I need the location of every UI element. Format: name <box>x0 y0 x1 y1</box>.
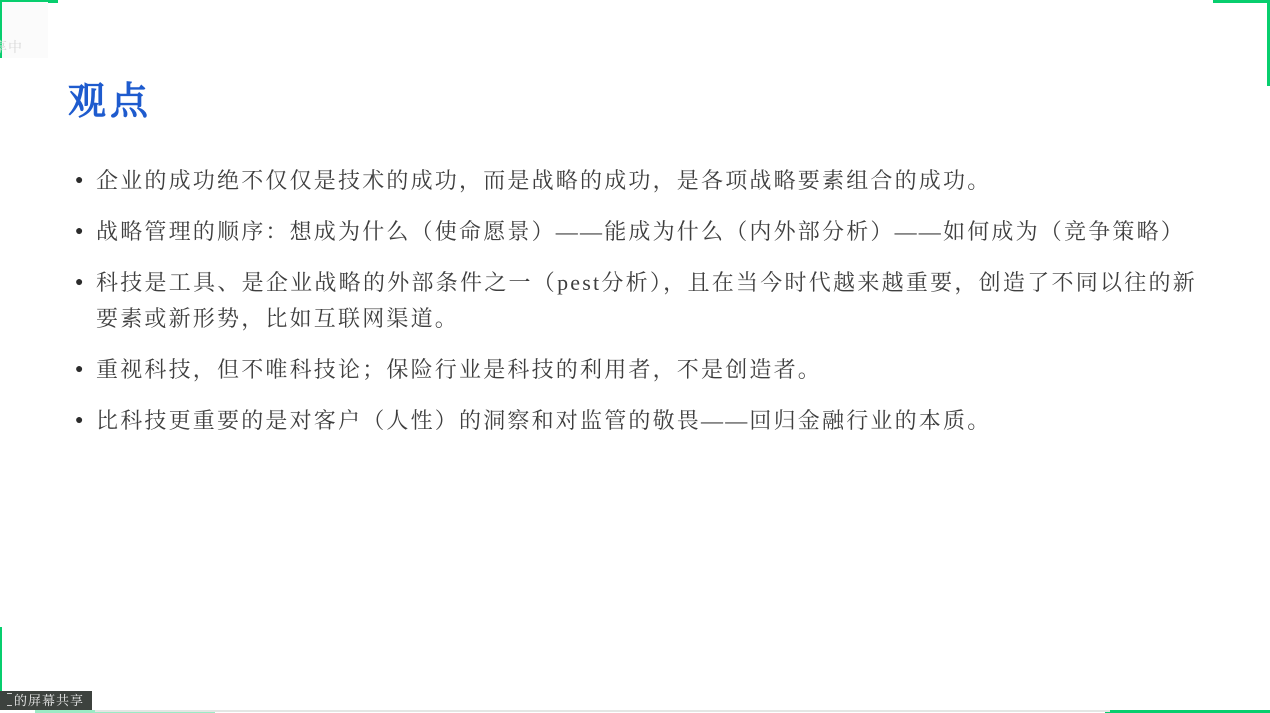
screen-share-badge: 的屏幕共享 <box>0 691 92 710</box>
screen-share-badge-label: 的屏幕共享 <box>14 693 84 708</box>
bullet-dot-icon: ● <box>75 352 91 388</box>
bullet-item: ● 企业的成功绝不仅仅是技术的成功，而是战略的成功，是各项战略要素组合的成功。 <box>75 163 1197 199</box>
bullet-item: ● 科技是工具、是企业战略的外部条件之一（pest分析），且在当今时代越来越重要… <box>75 265 1197 337</box>
bullet-text: 企业的成功绝不仅仅是技术的成功，而是战略的成功，是各项战略要素组合的成功。 <box>96 168 991 193</box>
bullet-text: 战略管理的顺序：想成为什么（使命愿景）——能成为什么（内外部分析）——如何成为（… <box>96 219 1185 244</box>
share-border-bottom-left-vertical <box>0 627 2 691</box>
bullet-dot-icon: ● <box>75 403 91 439</box>
bullet-list: ● 企业的成功绝不仅仅是技术的成功，而是战略的成功，是各项战略要素组合的成功。 … <box>75 163 1197 454</box>
overlay-watermark-text: 享中 <box>0 37 23 57</box>
slide-bottom-edge-line <box>95 710 1110 712</box>
bullet-dot-icon: ● <box>75 265 91 301</box>
bullet-text: 重视科技，但不唯科技论；保险行业是科技的利用者，不是创造者。 <box>96 357 822 382</box>
bullet-item: ● 比科技更重要的是对客户（人性）的洞察和对监管的敬畏——回归金融行业的本质。 <box>75 403 1197 439</box>
clipped-character-fragment <box>7 693 12 706</box>
bullet-item: ● 战略管理的顺序：想成为什么（使命愿景）——能成为什么（内外部分析）——如何成… <box>75 214 1197 250</box>
bullet-item: ● 重视科技，但不唯科技论；保险行业是科技的利用者，不是创造者。 <box>75 352 1197 388</box>
bullet-dot-icon: ● <box>75 163 91 199</box>
bullet-text: 科技是工具、是企业战略的外部条件之一（pest分析），且在当今时代越来越重要，创… <box>96 270 1197 331</box>
share-border-top-right-horizontal <box>1213 0 1270 3</box>
bullet-text: 比科技更重要的是对客户（人性）的洞察和对监管的敬畏——回归金融行业的本质。 <box>96 408 991 433</box>
bullet-dot-icon: ● <box>75 214 91 250</box>
slide-title: 观点 <box>68 83 152 121</box>
